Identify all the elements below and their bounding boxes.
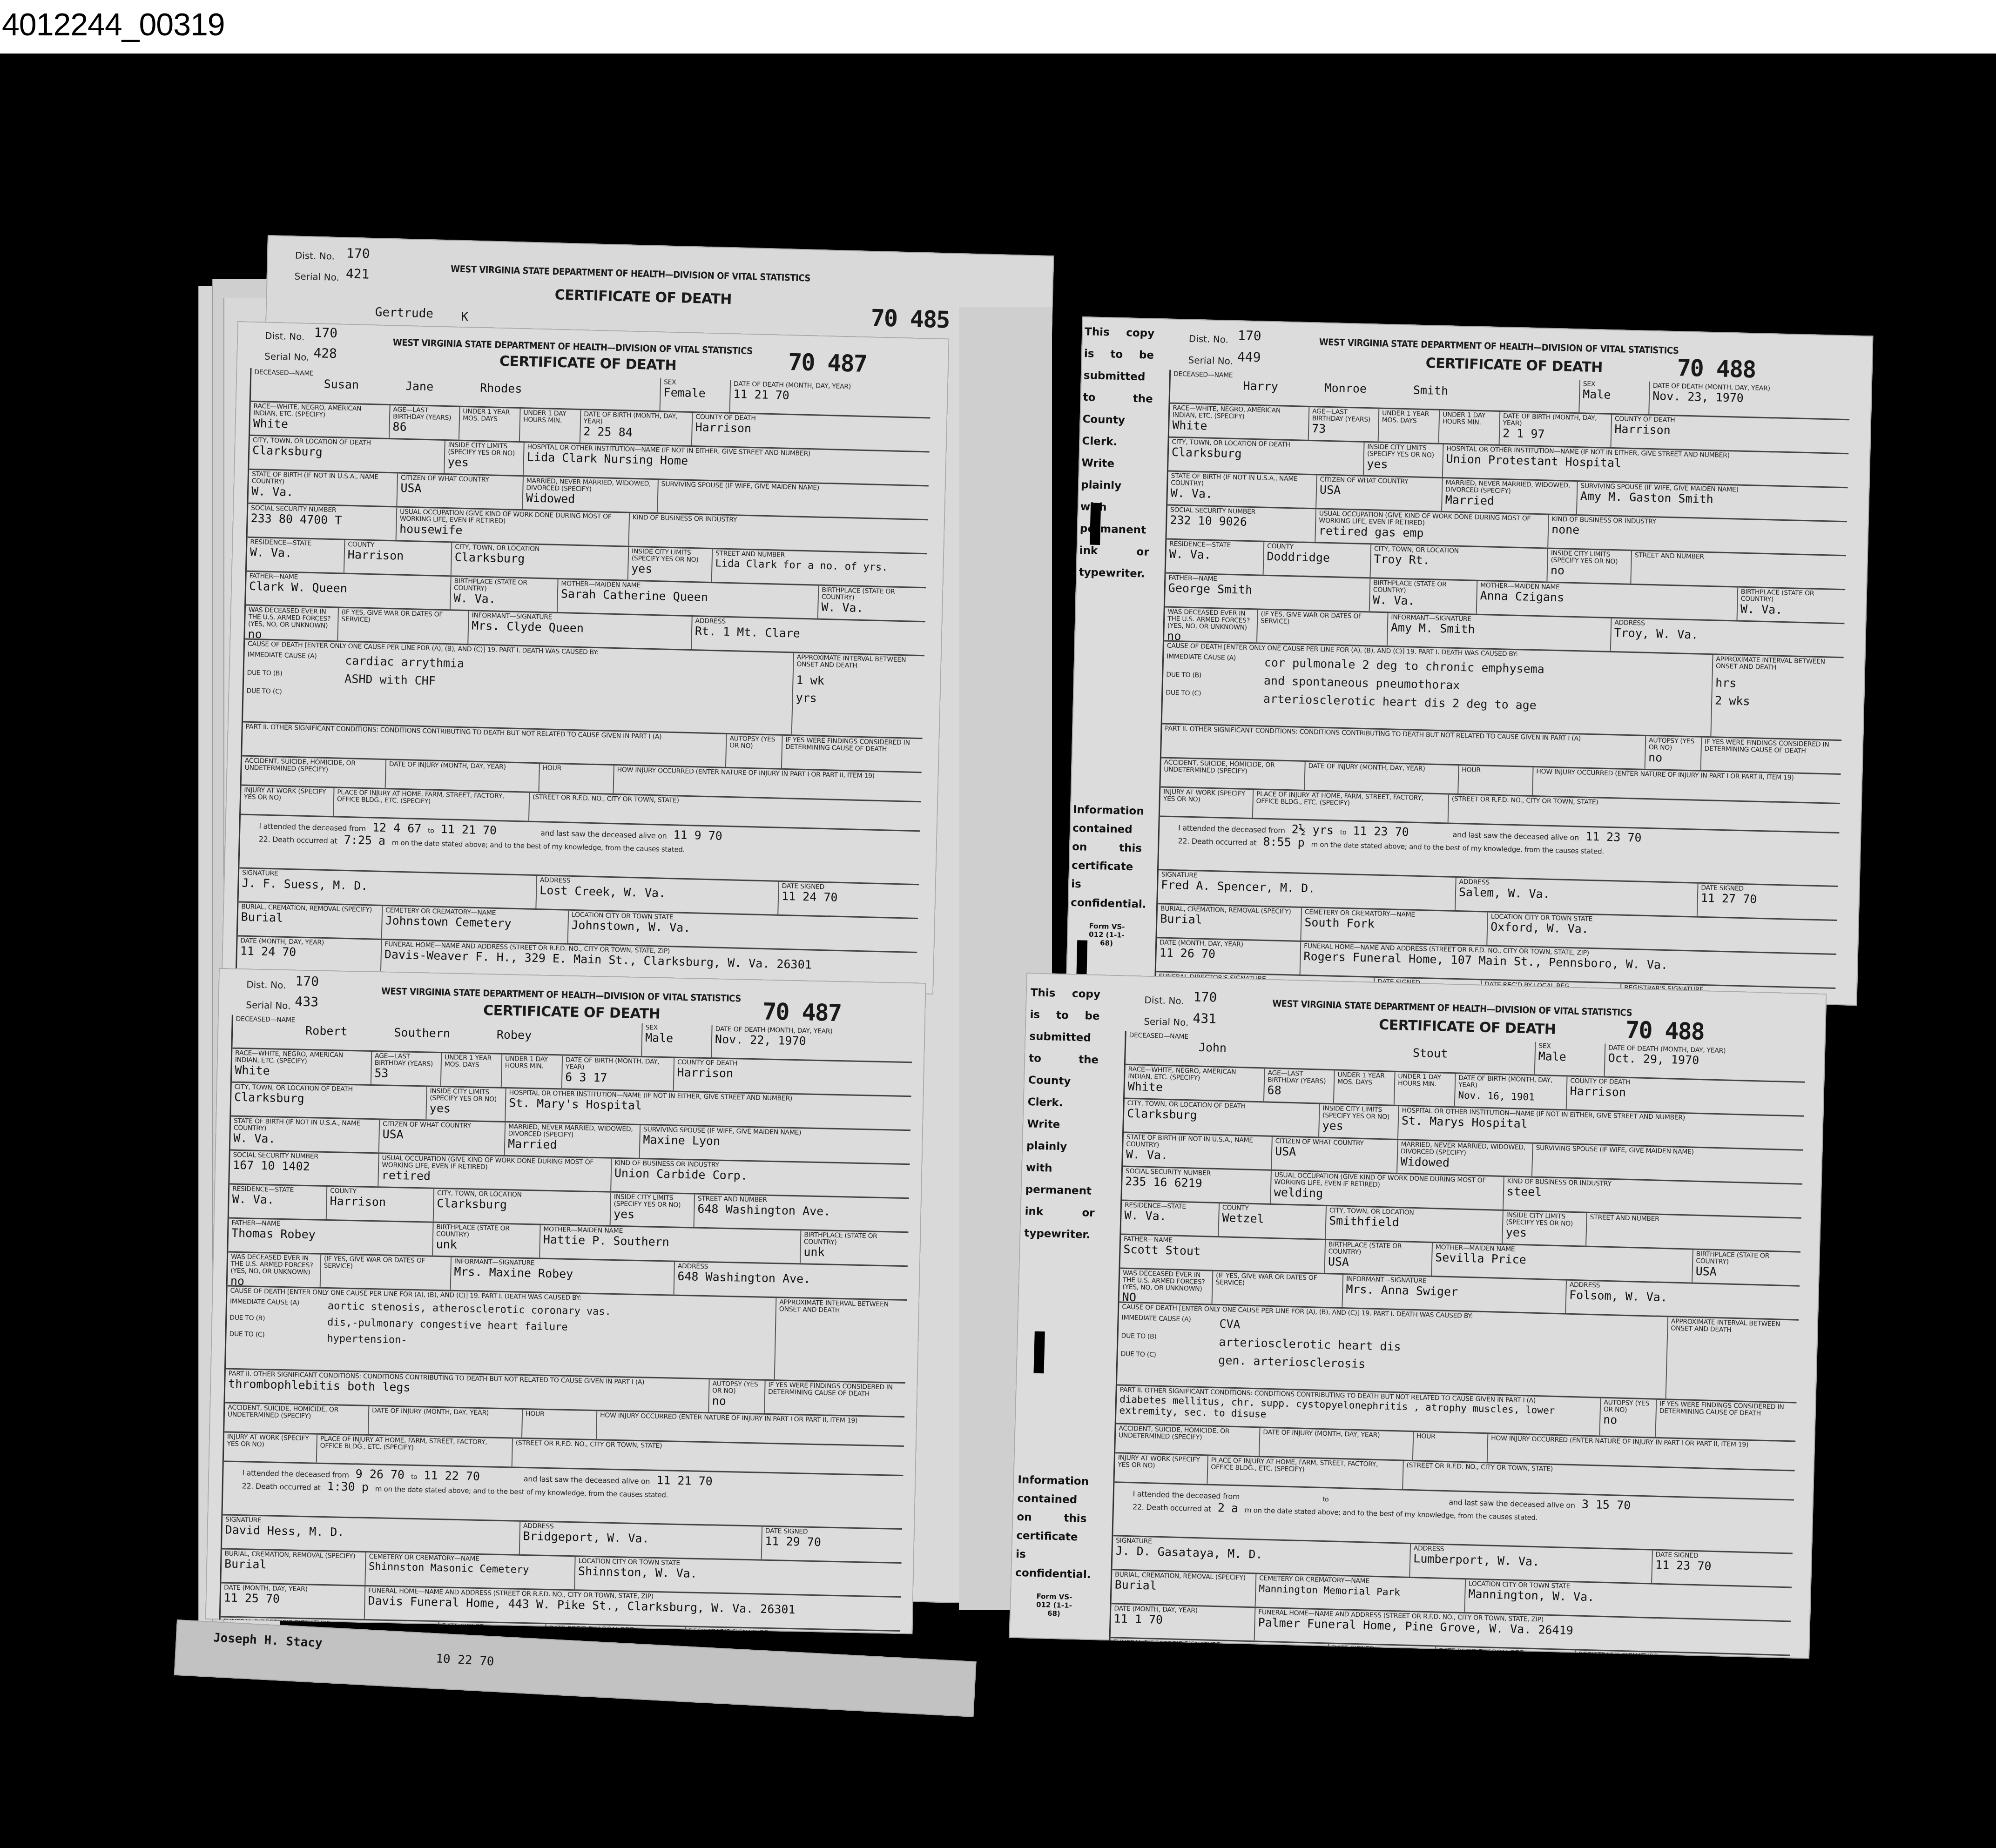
citizen: USA: [400, 482, 520, 497]
disposition-date: 11 25 70: [223, 1592, 362, 1607]
label-injury-place: PLACE OF INJURY AT HOME, FARM, STREET, F…: [1211, 1457, 1400, 1476]
label-armed-war: (If yes, give war or dates of service): [1215, 1272, 1340, 1290]
certificate-number: 70 485: [870, 304, 950, 333]
label-attended: I attended the deceased from: [1178, 824, 1285, 834]
confidential-note: Information contained on this certificat…: [1015, 1471, 1088, 1584]
certificate-title: CERTIFICATE OF DEATH: [483, 1002, 661, 1022]
marital-status: Married: [508, 1137, 637, 1153]
last-seen-alive: 3 15 70: [1582, 1498, 1631, 1512]
form-code: Form VS-012 (1-1-68): [1035, 1592, 1073, 1618]
residence-inside-limits: yes: [1505, 1226, 1583, 1241]
label-m-on: m on the date stated above; and to the b…: [392, 839, 685, 853]
label-age: AGE—LAST BIRTHDAY (years): [1312, 408, 1376, 423]
cause-b: arteriosclerotic heart dis: [1219, 1335, 1401, 1353]
death-time: 2: [1218, 1501, 1225, 1514]
middle-name: Southern: [394, 1026, 450, 1041]
last-seen-alive: 11 23 70: [1585, 830, 1642, 845]
form-grid: DECEASED—NAME RobertSouthernRobey SEXMal…: [218, 1015, 912, 1634]
label-hour: HOUR: [1462, 766, 1530, 775]
death-time: 8:55: [1263, 835, 1291, 849]
label-due-c: Due to (c): [1120, 1351, 1214, 1367]
label-attended: I attended the deceased from: [259, 822, 366, 832]
label-accident: ACCIDENT, SUICIDE, HOMICIDE, OR UNDETERM…: [244, 758, 383, 775]
citizen: USA: [1275, 1145, 1395, 1161]
attended-from: [1246, 1499, 1316, 1501]
form-grid: DECEASED—NAME HarryMonroeSmith SEXMale D…: [1154, 370, 1850, 1006]
label-under-year: Under 1 year Mos. Days: [1382, 410, 1436, 425]
autopsy: no: [712, 1394, 762, 1408]
last-name: Stout: [1413, 1047, 1448, 1061]
date-of-birth: 2 25 84: [583, 425, 689, 441]
county-clerk-note: This copy is to be submitted to the Coun…: [1079, 321, 1155, 585]
sex: Female: [663, 386, 727, 400]
label-injury-date: DATE OF INJURY (month, day, year): [372, 1407, 519, 1418]
form-code: Form VS-012 (1-1-68): [1088, 922, 1126, 948]
serial-number: 428: [313, 345, 337, 361]
disposition-date: 11 26 70: [1159, 946, 1297, 962]
label-under-year: Under 1 year Mos. Days: [1337, 1072, 1392, 1087]
form-grid: DECEASED—NAME JohnStout SEXMale DATE OF …: [1108, 1031, 1806, 1659]
race: White: [1172, 419, 1306, 435]
autopsy: no: [1603, 1413, 1653, 1428]
label-attended: I attended the deceased from: [1133, 1490, 1240, 1500]
dist-label: Dist. No.: [265, 330, 305, 342]
form-grid: DECEASED—NAME SusanJaneRhodes SEXFemale …: [235, 368, 931, 995]
agency-heading: WEST VIRGINIA STATE DEPARTMENT OF HEALTH…: [1319, 336, 1679, 356]
cause-c: arteriosclerotic heart dis 2 deg to age: [1263, 692, 1537, 712]
attended-from: 9 26 70: [355, 1467, 405, 1481]
dist-number: 170: [295, 973, 319, 989]
dist-label: Dist. No.: [1189, 333, 1229, 345]
inside-limits: yes: [447, 456, 520, 470]
label-interval: Approximate interval between onset and d…: [779, 1299, 904, 1316]
label-findings: If yes were findings considered in deter…: [1659, 1401, 1794, 1418]
dist-label: Dist. No.: [295, 250, 335, 262]
label-injury-work: INJURY AT WORK (specify yes or no): [244, 787, 331, 803]
serial-number: 431: [1193, 1010, 1216, 1026]
label-last-saw: and last saw the deceased alive on: [1452, 831, 1579, 841]
last-seen-alive: 11 9 70: [673, 828, 722, 843]
residence-inside-limits: yes: [614, 1208, 691, 1222]
serial-label: Serial No.: [294, 271, 339, 283]
serial-label: Serial No.: [1144, 1016, 1189, 1028]
label-injury-place: PLACE OF INJURY AT HOME, FARM, STREET, F…: [320, 1436, 509, 1453]
index-tab: [1033, 1331, 1045, 1374]
interval-a: 1 wk: [796, 674, 921, 690]
label-under-year: Under 1 year Mos. Days: [445, 1054, 499, 1069]
citizen: USA: [1320, 484, 1439, 499]
label-interval: Approximate interval between onset and d…: [1671, 1318, 1796, 1336]
cause-a: cor pulmonale 2 deg to chronic emphysema: [1264, 656, 1545, 676]
deceased-first-name: Gertrude: [375, 305, 433, 321]
state-of-birth: W. Va.: [233, 1132, 376, 1148]
first-name: Harry: [1243, 379, 1278, 393]
certificate-number: 70 488: [1677, 354, 1756, 383]
label-hour: HOUR: [1416, 1433, 1484, 1442]
certificate-title: CERTIFICATE OF DEATH: [1379, 1017, 1556, 1038]
cause-a: aortic stenosis, atherosclerotic coronar…: [328, 1300, 612, 1318]
label-interval: Approximate interval between onset and d…: [1716, 656, 1841, 673]
label-res-inside: INSIDE CITY LIMITS (specify yes or no): [614, 1194, 691, 1209]
label-death-at: 22. Death occurred at: [242, 1482, 321, 1491]
label-under-year: Under 1 year Mos. Days: [463, 408, 517, 423]
race: White: [235, 1064, 368, 1080]
dist-number: 170: [346, 245, 370, 261]
label-under-day: Under 1 day Hours Min.: [1398, 1073, 1452, 1089]
label-due-b: Due to (b): [229, 1315, 323, 1328]
label-armed-war: (If yes, give war or dates of service): [341, 609, 465, 626]
label-hour: HOUR: [526, 1411, 593, 1419]
agency-heading: WEST VIRGINIA STATE DEPARTMENT OF HEALTH…: [381, 985, 741, 1004]
residence-inside-limits: no: [1551, 564, 1628, 579]
county-clerk-note: This copy is to be submitted to the Coun…: [1024, 982, 1101, 1246]
attended-to: 11 23 70: [1353, 825, 1409, 839]
autopsy: no: [1648, 751, 1698, 766]
agency-heading: WEST VIRGINIA STATE DEPARTMENT OF HEALTH…: [393, 336, 753, 356]
label-armed-forces: Was deceased ever in the U.S. armed forc…: [248, 607, 335, 630]
label-last-saw: and last saw the deceased alive on: [540, 829, 667, 840]
label-immediate-cause: IMMEDIATE CAUSE (a): [230, 1298, 323, 1312]
label-attended: I attended the deceased from: [242, 1469, 349, 1478]
label-armed-forces: Was deceased ever in the U.S. armed forc…: [1122, 1270, 1209, 1293]
certificate-number: 70 487: [788, 349, 867, 377]
label-findings: If yes were findings considered in deter…: [785, 737, 920, 754]
age: 73: [1312, 422, 1376, 437]
physician-date-signed: 11 29 70: [765, 1535, 899, 1551]
residence-county: Harrison: [330, 1195, 431, 1210]
date-of-birth: 6 3 17: [565, 1071, 671, 1086]
label-due-b: Due to (b): [1166, 672, 1260, 687]
cause-b: ASHD with CHF: [344, 672, 436, 688]
middle-name: Jane: [405, 380, 434, 393]
label-accident: ACCIDENT, SUICIDE, HOMICIDE, OR UNDETERM…: [228, 1404, 366, 1421]
inside-limits: yes: [1367, 457, 1440, 472]
label-findings: If yes were findings considered in deter…: [768, 1382, 903, 1398]
citizen: USA: [382, 1128, 502, 1143]
label-injury-place: PLACE OF INJURY AT HOME, FARM, STREET, F…: [1256, 791, 1445, 809]
label-injury-place: PLACE OF INJURY AT HOME, FARM, STREET, F…: [337, 789, 526, 808]
residence-state: W. Va.: [1169, 548, 1261, 563]
label-under-day: Under 1 day Hours Min.: [505, 1055, 560, 1070]
deceased-middle-name: K: [461, 310, 468, 324]
age: 86: [392, 420, 456, 435]
label-m-on: m on the date stated above; and to the b…: [375, 1485, 668, 1499]
label-under-day: Under 1 day Hours Min.: [523, 410, 578, 425]
death-ampm: p: [362, 1481, 369, 1494]
sex: Male: [645, 1031, 709, 1046]
death-time: 7:25: [344, 833, 372, 847]
dist-number: 170: [1238, 328, 1261, 343]
label-due-c: Due to (c): [229, 1331, 322, 1344]
label-age: AGE—LAST BIRTHDAY (years): [375, 1053, 438, 1068]
dist-label: Dist. No.: [246, 979, 286, 991]
image-id: 4012244_00319: [2, 7, 225, 43]
date-of-birth: Nov. 16, 1901: [1458, 1089, 1564, 1104]
attended-from: 2½ yrs: [1291, 823, 1334, 837]
serial-number: 421: [345, 266, 369, 282]
physician-date-signed: 11 24 70: [782, 890, 916, 906]
serial-label: Serial No.: [1188, 355, 1233, 367]
residence-state: W. Va.: [250, 546, 342, 561]
mother-birthplace: unk: [803, 1245, 905, 1261]
label-due-b: Due to (b): [247, 670, 340, 685]
mother-birthplace: W. Va.: [821, 601, 923, 616]
certificate-title: CERTIFICATE OF DEATH: [1425, 355, 1603, 376]
label-m-on: m on the date stated above; and to the b…: [1245, 1507, 1538, 1521]
director-date-signed: 10 22 70: [436, 1652, 495, 1669]
marital-status: Widowed: [1400, 1155, 1529, 1171]
cause-c: gen. arteriosclerosis: [1218, 1353, 1366, 1371]
sex: Male: [1538, 1050, 1602, 1065]
middle-name: [1273, 1043, 1274, 1056]
father-birthplace: W. Va.: [1373, 593, 1474, 609]
agency-heading: WEST VIRGINIA STATE DEPARTMENT OF HEALTH…: [451, 263, 810, 283]
middle-name: Monroe: [1324, 382, 1367, 396]
cause-b: dis,-pulmonary congestive heart failure: [327, 1317, 568, 1333]
index-tab: [1090, 503, 1101, 545]
label-immediate-cause: IMMEDIATE CAUSE (a): [1121, 1315, 1215, 1331]
father-birthplace: unk: [436, 1238, 537, 1253]
cause-a: CVA: [1219, 1317, 1241, 1331]
age: 68: [1267, 1084, 1331, 1099]
physician-date-signed: 11 27 70: [1701, 892, 1835, 908]
first-name: Robert: [305, 1024, 348, 1038]
label-immediate-cause: IMMEDIATE CAUSE (a): [247, 652, 341, 667]
funeral-director: Joseph H. Stacy: [213, 1631, 323, 1650]
label-age: AGE—LAST BIRTHDAY (years): [393, 406, 457, 422]
label-to: to: [411, 1474, 418, 1481]
residence-state: W. Va.: [1124, 1209, 1216, 1224]
label-injury-work: INJURY AT WORK (specify yes or no): [227, 1434, 314, 1450]
serial-number: 449: [1237, 349, 1261, 365]
attended-to: 11 22 70: [424, 1469, 480, 1483]
label-under-day: Under 1 day Hours Min.: [1443, 411, 1497, 427]
first-name: Susan: [324, 378, 359, 392]
dist-number: 170: [1193, 989, 1217, 1005]
serial-label: Serial No.: [264, 350, 310, 363]
last-name: Rhodes: [480, 382, 522, 396]
label-age: AGE—LAST BIRTHDAY (years): [1268, 1070, 1331, 1086]
attended-from: 12 4 67: [372, 821, 422, 835]
disposition-date: 11 24 70: [240, 945, 378, 961]
label-death-at: 22. Death occurred at: [1178, 837, 1256, 846]
date-of-birth: 2 1 97: [1503, 427, 1608, 443]
race: White: [253, 417, 386, 433]
attended-to: 11 21 70: [440, 823, 497, 837]
label-injury-work: INJURY AT WORK (specify yes or no): [1163, 789, 1250, 805]
label-last-saw: and last saw the deceased alive on: [524, 1475, 650, 1485]
residence-county: Wetzel: [1222, 1211, 1323, 1227]
label-due-c: Due to (c): [1166, 690, 1259, 706]
certificate-title: CERTIFICATE OF DEATH: [499, 353, 677, 374]
label-armed-war: (If yes, give war or dates of service): [1261, 611, 1385, 628]
mother-birthplace: USA: [1695, 1265, 1797, 1281]
ssn: 167 10 1402: [233, 1159, 376, 1175]
label-last-saw: and last saw the deceased alive on: [1449, 1499, 1575, 1509]
label-armed-forces: Was deceased ever in the U.S. armed forc…: [1167, 609, 1254, 632]
interval-c: 2 wks: [1715, 694, 1840, 710]
attended-to: [1335, 1502, 1405, 1504]
cause-c: hypertension-: [327, 1333, 407, 1346]
label-autopsy: AUTOPSY (yes or no): [712, 1380, 762, 1395]
death-ampm: p: [1297, 836, 1305, 849]
residence-inside-limits: yes: [631, 562, 709, 577]
label-inside-limits: INSIDE CITY LIMITS (Specify yes or no): [430, 1088, 503, 1103]
label-death-at: 22. Death occurred at: [259, 835, 337, 844]
residence-county: Harrison: [347, 548, 448, 564]
label-to: to: [428, 827, 434, 834]
serial-label: Serial No.: [246, 999, 291, 1011]
label-accident: ACCIDENT, SUICIDE, HOMICIDE, OR UNDETERM…: [1119, 1425, 1257, 1443]
inside-limits: yes: [1322, 1119, 1395, 1134]
interval-b: hrs: [1715, 676, 1841, 692]
certificate-70-487-rhodes: Dist. No. 170 Serial No. 428 WEST VIRGIN…: [222, 321, 950, 995]
father-birthplace: USA: [1328, 1255, 1429, 1271]
marital-status: Widowed: [526, 491, 655, 508]
father-birthplace: W. Va.: [453, 592, 554, 607]
label-autopsy: AUTOPSY (yes or no): [1649, 737, 1699, 753]
last-name: Robey: [497, 1028, 532, 1042]
label-armed-forces: Was deceased ever in the U.S. armed forc…: [230, 1254, 317, 1277]
certificate-70-488-smith: This copy is to be submitted to the Coun…: [1066, 316, 1874, 1006]
mother-birthplace: W. Va.: [1740, 603, 1842, 618]
certificate-number: 70 488: [1625, 1016, 1704, 1045]
residence-state: W. Va.: [232, 1193, 324, 1208]
label-death-at: 22. Death occurred at: [1133, 1503, 1211, 1512]
dist-label: Dist. No.: [1144, 995, 1184, 1007]
serial-number: 433: [295, 994, 318, 1009]
image-id-bar: 4012244_00319: [0, 0, 1996, 54]
death-ampm: a: [378, 834, 386, 847]
certificate-70-487-robey: Dist. No. 170 Serial No. 433 WEST VIRGIN…: [205, 968, 926, 1634]
dist-number: 170: [314, 325, 337, 341]
cause-b: and spontaneous pneumothorax: [1264, 674, 1460, 692]
last-seen-alive: 11 21 70: [656, 1474, 713, 1488]
first-name: John: [1199, 1041, 1227, 1055]
residence-county: Doddridge: [1267, 550, 1368, 565]
certificate-number: 70 487: [762, 998, 842, 1027]
cause-a: cardiac arrythmia: [345, 654, 465, 670]
age: 53: [374, 1067, 438, 1081]
label-autopsy: AUTOPSY (yes or no): [729, 735, 779, 751]
agency-heading: WEST VIRGINIA STATE DEPARTMENT OF HEALTH…: [1272, 998, 1632, 1018]
label-hour: HOUR: [543, 765, 611, 773]
label-due-c: Due to (c): [246, 688, 339, 697]
label-autopsy: AUTOPSY (yes or no): [1604, 1399, 1653, 1415]
certificate-70-488-stout: This copy is to be submitted to the Coun…: [1009, 973, 1827, 1659]
label-accident: ACCIDENT, SUICIDE, HOMICIDE, OR UNDETERM…: [1164, 759, 1302, 777]
confidential-note: Information contained on this certificat…: [1071, 800, 1143, 914]
marital-status: Married: [1445, 493, 1574, 510]
label-due-b: Due to (b): [1121, 1333, 1214, 1349]
inside-limits: yes: [429, 1102, 502, 1116]
label-immediate-cause: IMMEDIATE CAUSE (a): [1167, 653, 1260, 669]
certificate-title: CERTIFICATE OF DEATH: [554, 287, 732, 308]
label-interval: Approximate interval between onset and d…: [796, 654, 922, 672]
label-armed-war: (If yes, give war or dates of service): [324, 1256, 448, 1272]
label-to: to: [1340, 829, 1347, 836]
label-findings: If yes were findings considered in deter…: [1705, 739, 1839, 756]
interval-b: yrs: [796, 692, 921, 708]
sex: Male: [1583, 388, 1646, 402]
label-injury-work: INJURY AT WORK (specify yes or no): [1118, 1455, 1205, 1471]
death-time: 1:30: [327, 1480, 355, 1493]
label-m-on: m on the date stated above; and to the b…: [1311, 841, 1604, 855]
death-ampm: a: [1231, 1502, 1239, 1515]
label-to: to: [1322, 1496, 1329, 1503]
last-name: Smith: [1413, 383, 1449, 397]
